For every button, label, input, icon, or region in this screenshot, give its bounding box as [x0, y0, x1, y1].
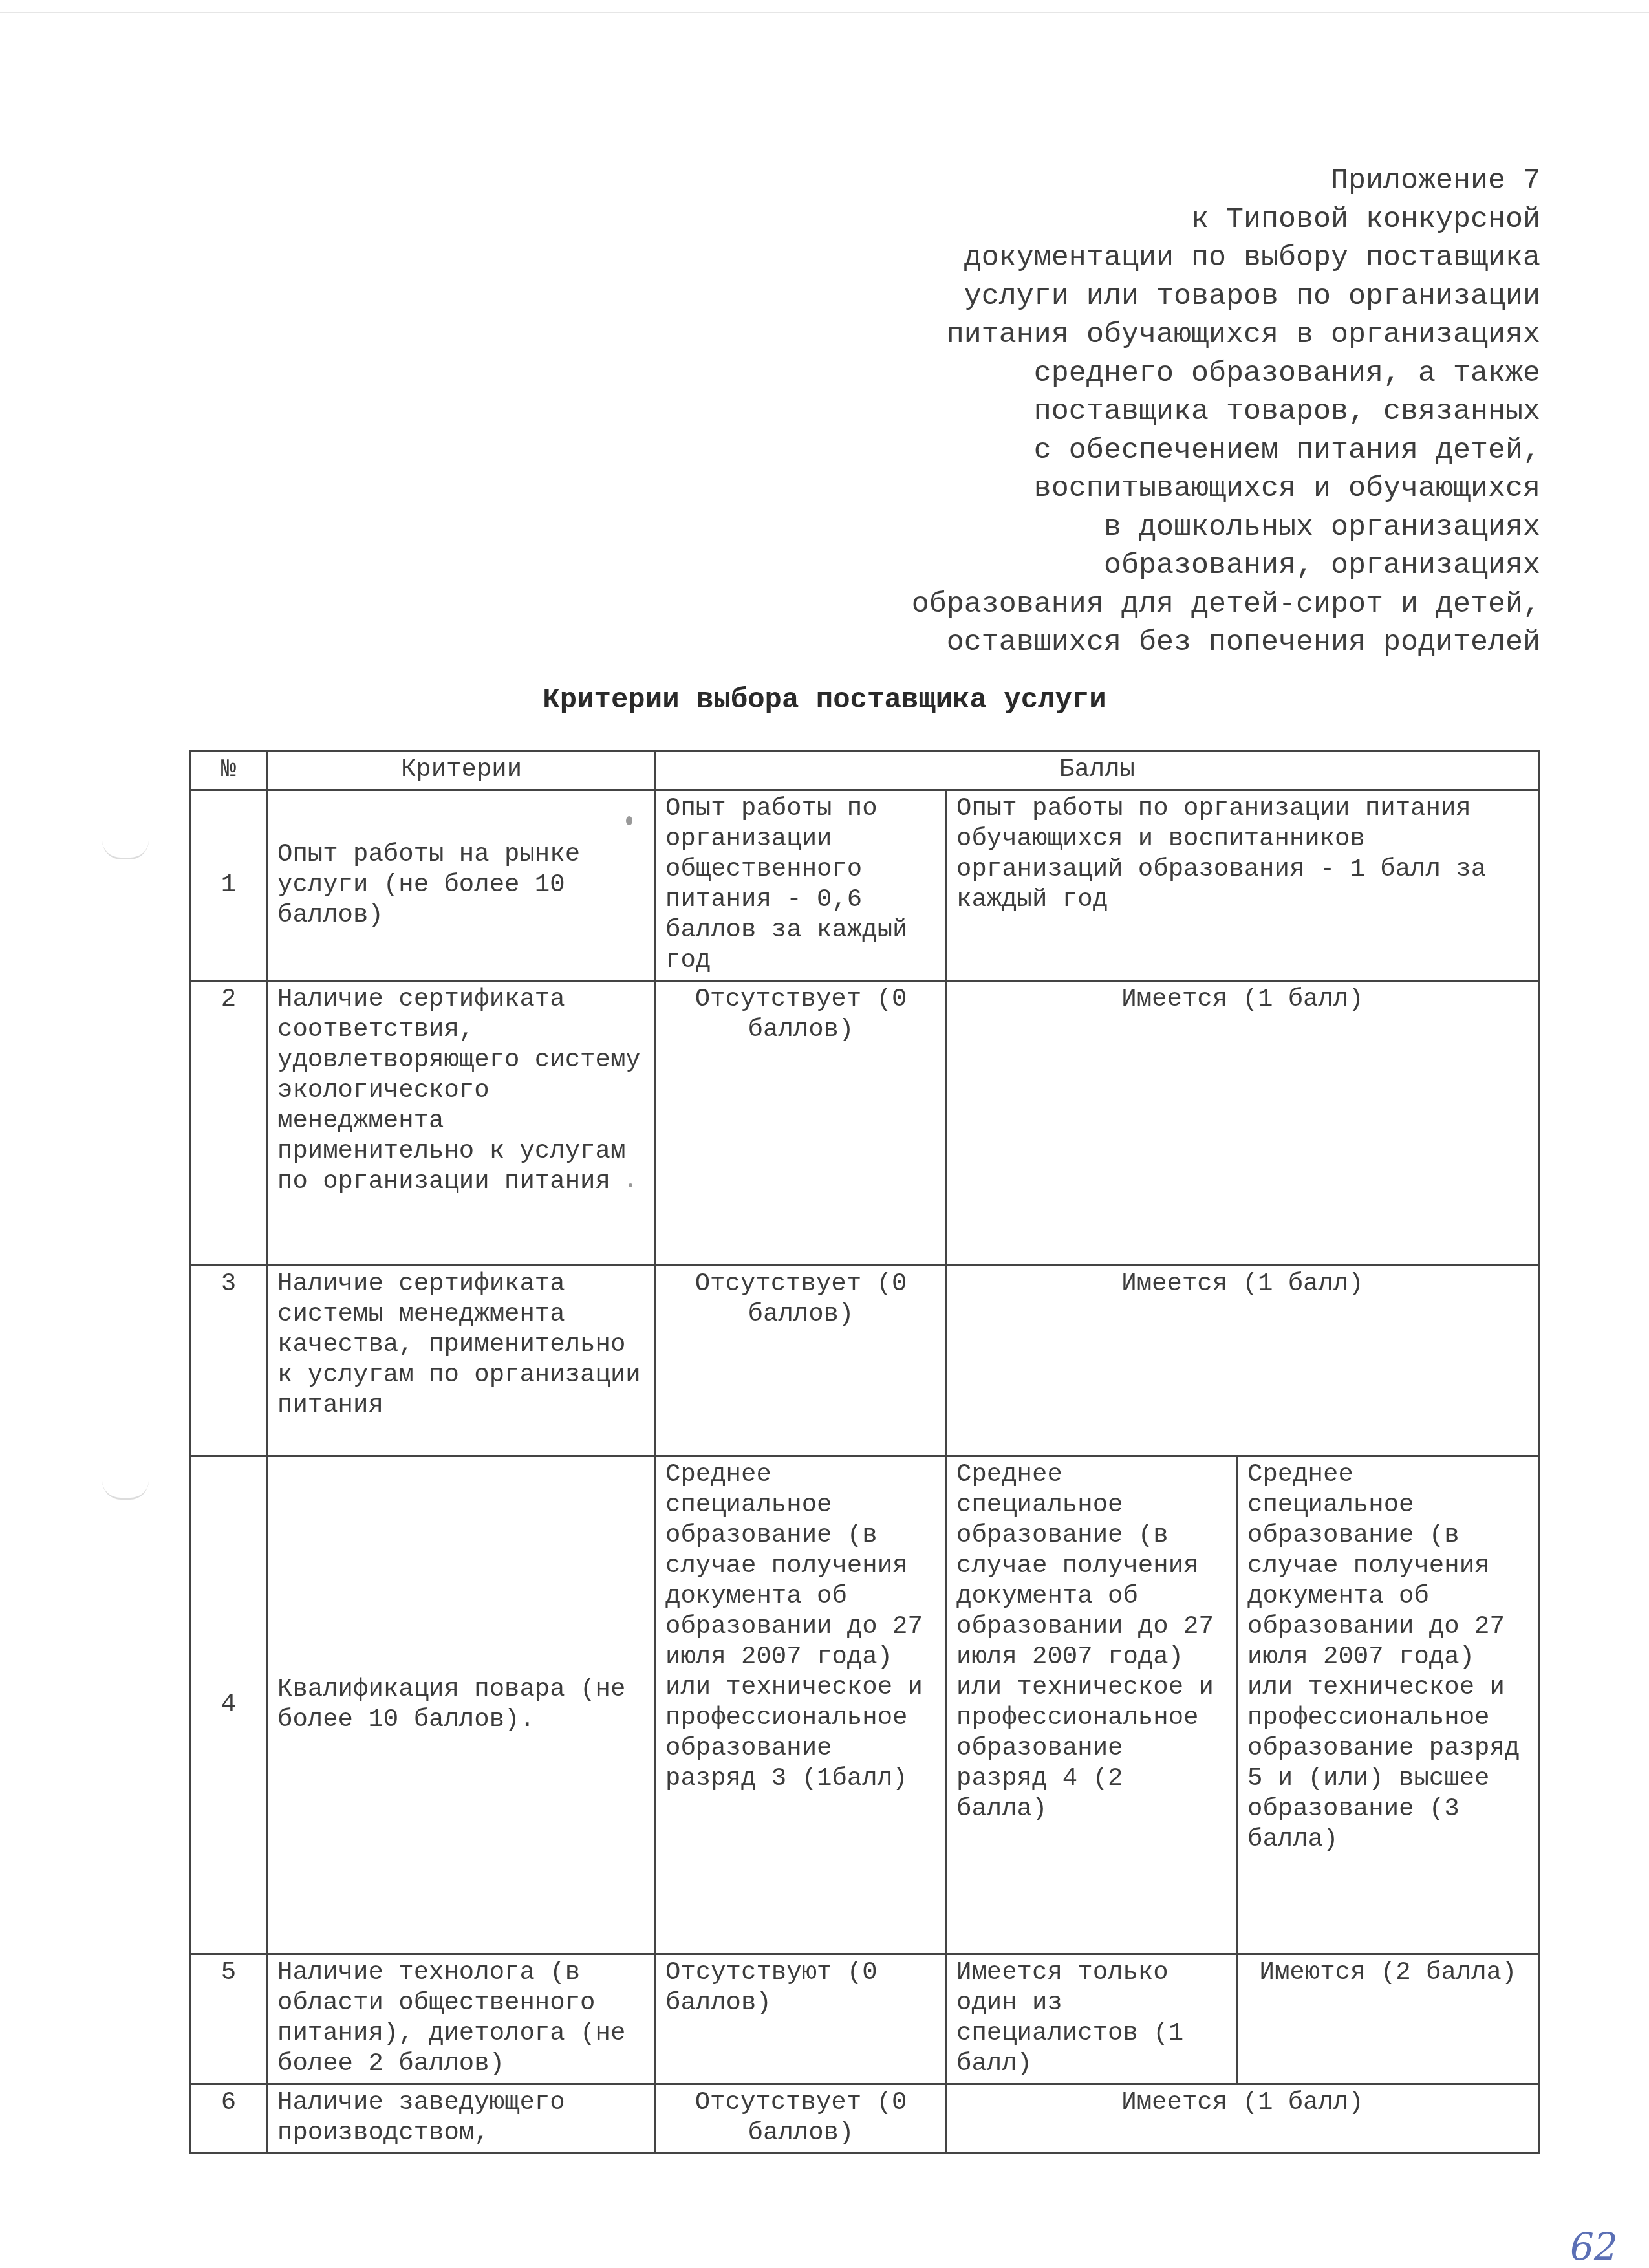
- row-points-option: Отсутствует (0 баллов): [656, 1266, 947, 1456]
- table-header-row: № Критерии Баллы: [190, 751, 1539, 790]
- header-criteria: Критерии: [268, 751, 656, 790]
- scan-speck: [629, 1183, 632, 1187]
- row-number: 1: [190, 790, 268, 981]
- row-points-option: Среднее специальное образование (в случа…: [1238, 1456, 1539, 1954]
- appendix-line: Приложение 7: [700, 162, 1540, 200]
- appendix-line: услуги или товаров по организации: [700, 277, 1540, 316]
- row-points-option: Среднее специальное образование (в случа…: [947, 1456, 1238, 1954]
- row-points-option: Опыт работы по организации питания обуча…: [947, 790, 1539, 981]
- appendix-line: оставшихся без попечения родителей: [700, 623, 1540, 662]
- appendix-line: питания обучающихся в организациях: [700, 316, 1540, 354]
- scan-edge-line: [0, 12, 1649, 13]
- appendix-line: поставщика товаров, связанных: [700, 393, 1540, 431]
- row-points-option: Отсутствует (0 баллов): [656, 2084, 947, 2154]
- criteria-table: № Критерии Баллы 1 Опыт работы на рынке …: [189, 750, 1540, 2154]
- document-title: Критерии выбора поставщика услуги: [0, 684, 1649, 717]
- appendix-line: воспитывающихся и обучающихся: [700, 470, 1540, 508]
- row-points-option: Имеется (1 балл): [947, 981, 1539, 1266]
- row-points-option: Имеется (1 балл): [947, 2084, 1539, 2154]
- appendix-reference: Приложение 7 к Типовой конкурсной докуме…: [700, 162, 1540, 662]
- row-points-option: Среднее специальное образование (в случа…: [656, 1456, 947, 1954]
- appendix-line: с обеспечением питания детей,: [700, 431, 1540, 470]
- row-points-option: Опыт работы по организации общественного…: [656, 790, 947, 981]
- table-row: 1 Опыт работы на рынке услуги (не более …: [190, 790, 1539, 981]
- appendix-line: среднего образования, а также: [700, 354, 1540, 393]
- table-row: 5 Наличие технолога (в области обществен…: [190, 1954, 1539, 2084]
- row-criterion: Наличие заведующего производством,: [268, 2084, 656, 2154]
- punch-hole-mark: [102, 841, 149, 859]
- handwritten-page-number: 62: [1570, 2225, 1618, 2268]
- appendix-line: документации по выбору поставщика: [700, 239, 1540, 277]
- row-points-option: Отсутствуют (0 баллов): [656, 1954, 947, 2084]
- row-points-option: Отсутствует (0 баллов): [656, 981, 947, 1266]
- table-row: 4 Квалификация повара (не более 10 балло…: [190, 1456, 1539, 1954]
- punch-hole-mark: [102, 1481, 149, 1500]
- row-points-option: Имеются (2 балла): [1238, 1954, 1539, 2084]
- header-points: Баллы: [656, 751, 1539, 790]
- scan-speck: [626, 816, 632, 825]
- table-row: 3 Наличие сертификата системы менеджмент…: [190, 1266, 1539, 1456]
- appendix-line: в дошкольных организациях: [700, 508, 1540, 547]
- table-row: 2 Наличие сертификата соответствия, удов…: [190, 981, 1539, 1266]
- row-number: 6: [190, 2084, 268, 2154]
- row-number: 5: [190, 1954, 268, 2084]
- row-criterion: Квалификация повара (не более 10 баллов)…: [268, 1456, 656, 1954]
- appendix-line: образования, организациях: [700, 546, 1540, 585]
- row-number: 2: [190, 981, 268, 1266]
- row-criterion: Опыт работы на рынке услуги (не более 10…: [268, 790, 656, 981]
- row-criterion: Наличие технолога (в области общественно…: [268, 1954, 656, 2084]
- row-criterion: Наличие сертификата соответствия, удовле…: [268, 981, 656, 1266]
- header-number: №: [190, 751, 268, 790]
- row-points-option: Имеется (1 балл): [947, 1266, 1539, 1456]
- row-points-option: Имеется только один из специалистов (1 б…: [947, 1954, 1238, 2084]
- appendix-line: к Типовой конкурсной: [700, 200, 1540, 239]
- row-criterion: Наличие сертификата системы менеджмента …: [268, 1266, 656, 1456]
- appendix-line: образования для детей-сирот и детей,: [700, 585, 1540, 624]
- table-row: 6 Наличие заведующего производством, Отс…: [190, 2084, 1539, 2154]
- row-number: 3: [190, 1266, 268, 1456]
- row-number: 4: [190, 1456, 268, 1954]
